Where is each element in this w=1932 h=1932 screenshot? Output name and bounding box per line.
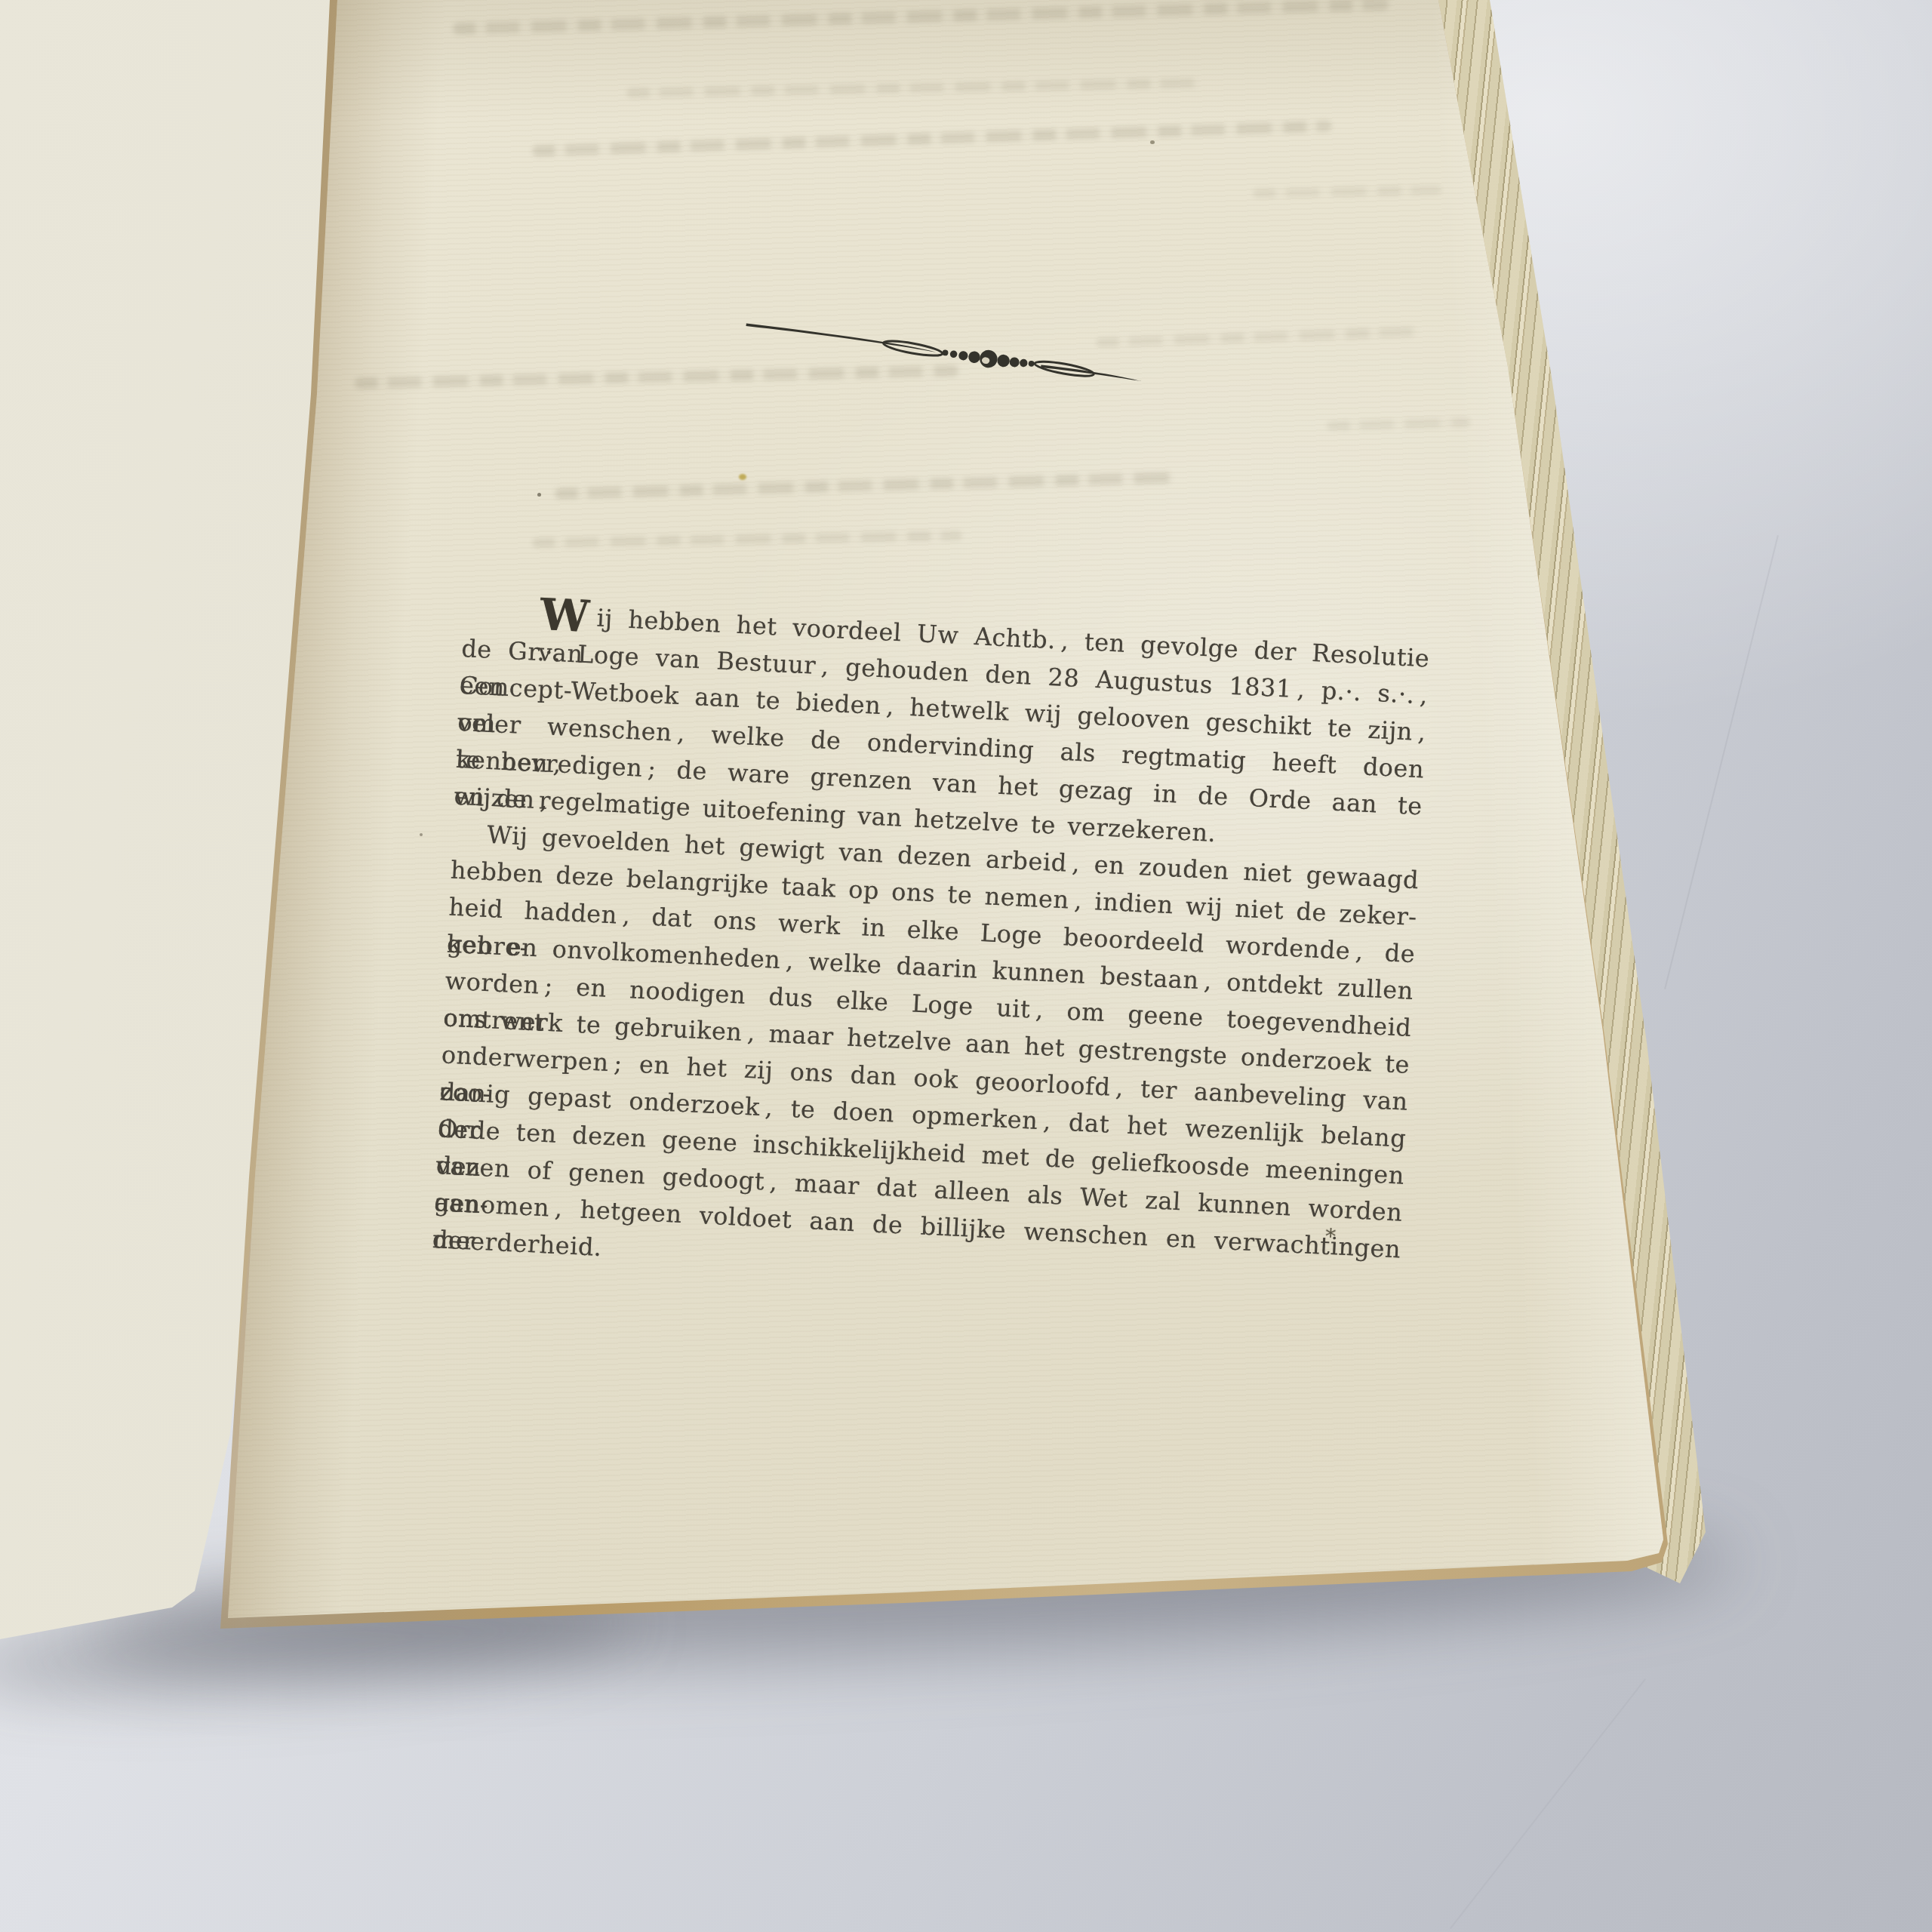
printers-mark: * [1324,1224,1337,1250]
showthrough-line [555,472,1174,499]
book-photograph: Wij hebben het voordeel Uw Achtb. , ten … [0,0,1932,1932]
showthrough-line [532,531,962,548]
paper-speck [420,833,423,836]
showthrough-line [1096,327,1420,348]
paper-stain [739,474,746,480]
divider-ornament [731,302,1158,403]
paper-speck [537,493,541,497]
text-block: Wij hebben het voordeel Uw Achtb. , ten … [432,593,1431,1306]
surface-scratch [1450,1678,1646,1929]
surface-scratch [1664,535,1779,989]
paper-speck [1150,140,1155,144]
